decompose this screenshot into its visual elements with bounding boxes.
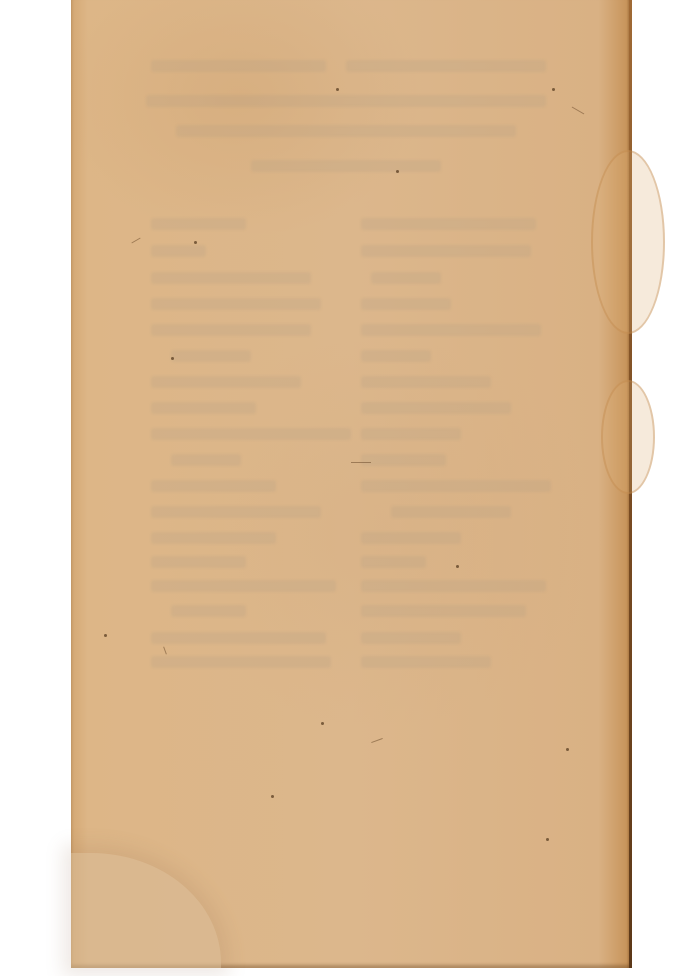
water-stain xyxy=(601,380,655,494)
book-page xyxy=(71,0,632,968)
faded-corner xyxy=(71,853,221,968)
water-stain xyxy=(591,150,665,334)
